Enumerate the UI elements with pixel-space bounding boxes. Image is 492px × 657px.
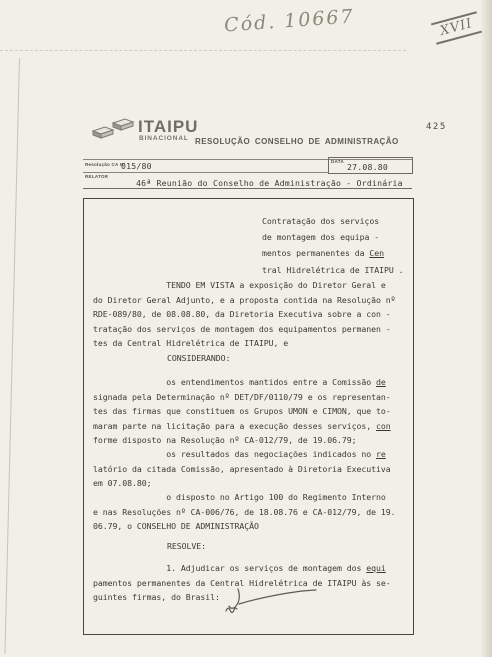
resolution-number-value: 015/80 [121,161,152,171]
faint-top-rule [0,50,406,51]
scan-fold-line [4,58,20,654]
date-box: DATA 27.08.80 [328,157,413,174]
page-number: 425 [426,122,447,132]
considerando-heading: CONSIDERANDO: [167,351,230,366]
relator-label: RELATOR [85,174,108,179]
meeting-title: 46ª Reunião do Conselho de Administração… [136,178,403,188]
brand-name: ITAIPU [138,117,198,137]
paragraph-entendimentos: os entendimentos mantidos entre a Comiss… [93,375,391,448]
date-label: DATA [331,159,344,164]
form-rule-bottom [83,188,412,189]
scanned-document-page: Cód. 10667 XVII ITAIPU BINACIONAL RESOLU… [0,0,492,657]
itaipu-logo-icon [91,117,135,141]
document-title: RESOLUÇÃO CONSELHO DE ADMINISTRAÇÃO [195,137,399,146]
resolution-number-label: Resolução CA Nº [85,162,125,167]
paragraph-disposto: o disposto no Artigo 100 do Regimento In… [93,490,396,534]
handwritten-index-annotation: XVII [431,11,482,44]
handwritten-code-annotation: Cód. 10667 [223,5,355,36]
paragraph-resultados: os resultados das negociações indicados … [93,447,391,491]
date-value: 27.08.80 [347,162,388,172]
scan-edge-shadow [480,0,492,657]
handwritten-squiggle-mark [224,586,324,616]
form-rule-mid [83,172,328,173]
brand-subtitle: BINACIONAL [139,135,189,142]
subject-block: Contratação dos serviços de montagem dos… [262,213,404,278]
paragraph-tendo-em-vista: TENDO EM VISTA a exposição do Diretor Ge… [93,278,396,351]
resolve-heading: RESOLVE: [167,539,206,554]
